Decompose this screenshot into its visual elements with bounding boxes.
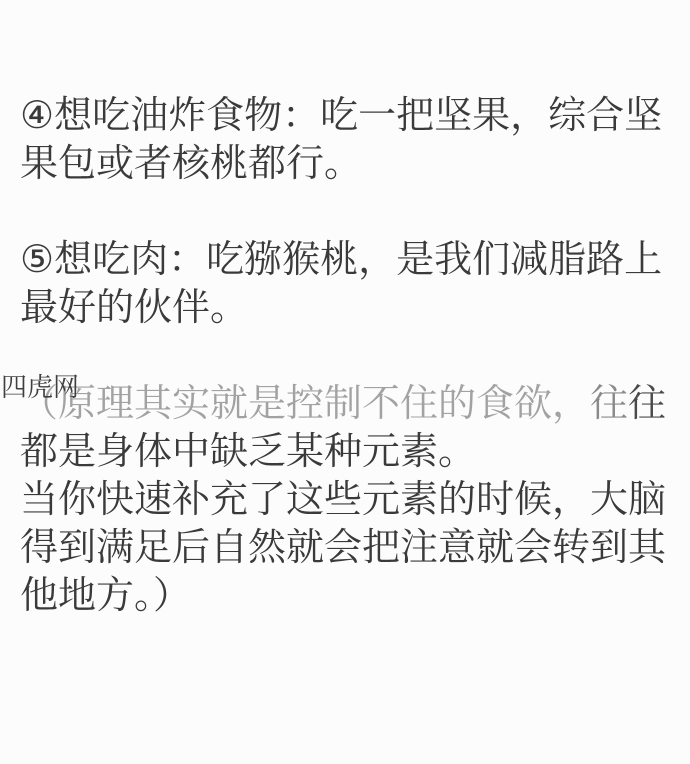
paragraph-note: （原理其实就是控制不住的食欲，往往 都是身体中缺乏某种元素。 当你快速补充了这些… <box>20 380 682 620</box>
text-content: ④想吃油炸食物：吃一把坚果，综合坚 果包或者核桃都行。 ⑤想吃肉：吃猕猴桃，是我… <box>20 92 682 620</box>
text-line: 都是身体中缺乏某种元素。 <box>20 428 682 476</box>
note-dark-segment: 往 <box>628 383 666 425</box>
text-line: 果包或者核桃都行。 <box>20 140 682 188</box>
text-line: 当你快速补充了这些元素的时候，大脑 <box>20 476 682 524</box>
text-line: 得到满足后自然就会把注意就会转到其 <box>20 524 682 572</box>
note-semi-segment: 往 <box>590 383 628 425</box>
paragraph-tip-5: ⑤想吃肉：吃猕猴桃，是我们减脂路上 最好的伙伴。 <box>20 236 682 332</box>
watermark-sihuwang: 四虎网 <box>1 371 79 403</box>
note-faded-segment: （原理其实就是控制不住的食欲， <box>20 383 590 425</box>
text-line-faded: （原理其实就是控制不住的食欲，往往 <box>20 380 682 428</box>
text-image-page: 四虎网 ④想吃油炸食物：吃一把坚果，综合坚 果包或者核桃都行。 ⑤想吃肉：吃猕猴… <box>0 0 690 764</box>
text-line: ④想吃油炸食物：吃一把坚果，综合坚 <box>20 92 682 140</box>
paragraph-tip-4: ④想吃油炸食物：吃一把坚果，综合坚 果包或者核桃都行。 <box>20 92 682 188</box>
text-line: 他地方。） <box>20 572 682 620</box>
text-line: ⑤想吃肉：吃猕猴桃，是我们减脂路上 <box>20 236 682 284</box>
text-line: 最好的伙伴。 <box>20 284 682 332</box>
